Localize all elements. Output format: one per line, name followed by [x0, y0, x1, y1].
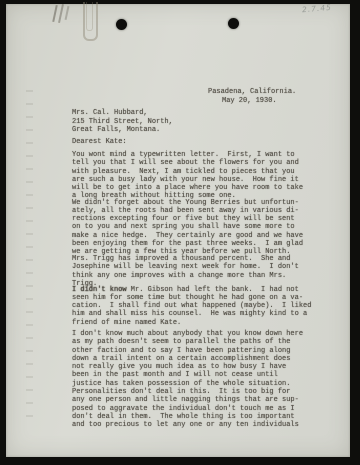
salutation: Dearest Kate:	[72, 138, 127, 146]
archive-date-note: 2.7.45	[302, 3, 333, 15]
punch-hole-left-icon	[116, 19, 127, 30]
pencil-stroke-mark	[52, 5, 57, 22]
punch-hole-right-icon	[228, 18, 239, 29]
letter-paragraph-1: You wont mind a typewritten letter. Firs…	[72, 151, 303, 201]
bleed-through-marks	[26, 90, 33, 420]
pencil-stroke-mark	[58, 4, 64, 23]
smudge-overlay: I didn't know	[72, 286, 127, 294]
recipient-address: Mrs. Cal. Hubbard,215 Third Street, Nort…	[72, 109, 173, 135]
paperclip-imprint-inner	[86, 2, 93, 31]
letter-paragraph-5: I don't know much about anybody that you…	[72, 330, 303, 430]
pencil-stroke-mark	[65, 6, 70, 20]
scan-background: 2.7.45 Pasadena, California.May 20, 1930…	[0, 0, 360, 465]
dateline: Pasadena, California.May 20, 1930.	[208, 88, 296, 106]
letter-page: 2.7.45 Pasadena, California.May 20, 1930…	[6, 4, 350, 457]
letter-paragraph-2: We didn't forget about the Young Berries…	[72, 199, 303, 257]
letter-paragraph-3: Mrs. Trigg has improved a thousand perce…	[72, 255, 299, 288]
